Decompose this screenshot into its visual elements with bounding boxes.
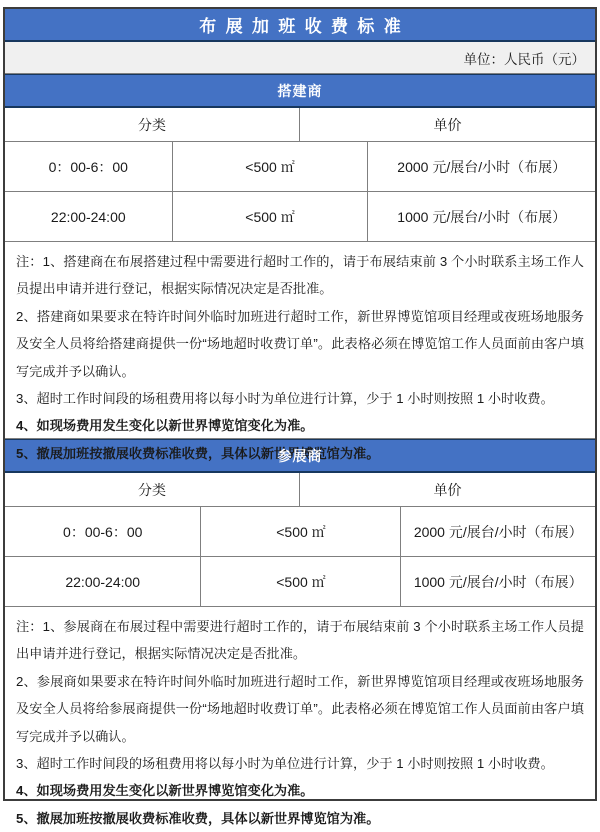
cell-time-slot: 0：00-6：00 [5, 142, 173, 191]
contractor-notes-block: 注：1、搭建商在布展搭建过程中需要进行超时工作的，请于布展结束前 3 个小时联系… [5, 242, 595, 439]
section-header-contractor-label: 搭建商 [278, 81, 323, 101]
section-header-contractor: 搭建商 [5, 74, 595, 108]
note-line-3: 3、超时工作时间段的场租费用将以每小时为单位进行计算，少于 1 小时则按照 1 … [16, 750, 584, 777]
exhibitor-table-header-row: 分类 单价 [5, 473, 595, 507]
cell-price: 1000 元/展台/小时（布展） [401, 557, 595, 606]
currency-unit-row: 单位：人民币（元） [5, 42, 595, 74]
cell-area: <500 ㎡ [201, 557, 401, 606]
document-page: 布展加班收费标准 单位：人民币（元） 搭建商 分类 单价 0：00-6：00 <… [3, 7, 597, 801]
cell-time-slot: 0：00-6：00 [5, 507, 201, 556]
column-header-category: 分类 [5, 108, 300, 141]
note-line-5: 5、撤展加班按撤展收费标准收费，具体以新世界博览馆为准。 [16, 805, 584, 811]
note-line-2: 2、搭建商如果要求在特许时间外临时加班进行超时工作，新世界博览馆项目经理或夜班场… [16, 303, 584, 385]
cell-price: 2000 元/展台/小时（布展） [368, 142, 595, 191]
column-header-unit-price: 单价 [300, 108, 595, 141]
cell-time-slot: 22:00-24:00 [5, 192, 173, 241]
cell-area: <500 ㎡ [173, 142, 369, 191]
exhibitor-notes-block: 注：1、参展商在布展过程中需要进行超时工作的，请于布展结束前 3 个小时联系主场… [5, 607, 595, 803]
note-line-3: 3、超时工作时间段的场租费用将以每小时为单位进行计算，少于 1 小时则按照 1 … [16, 385, 584, 412]
document-title: 布展加班收费标准 [190, 12, 410, 37]
column-header-category: 分类 [5, 473, 300, 506]
cell-time-slot: 22:00-24:00 [5, 557, 201, 606]
note-line-1: 注：1、搭建商在布展搭建过程中需要进行超时工作的，请于布展结束前 3 个小时联系… [16, 248, 584, 303]
cell-price: 2000 元/展台/小时（布展） [401, 507, 595, 556]
note-line-4: 4、如现场费用发生变化以新世界博览馆变化为准。 [16, 777, 584, 804]
contractor-table-row-2: 22:00-24:00 <500 ㎡ 1000 元/展台/小时（布展） [5, 192, 595, 242]
cell-price: 1000 元/展台/小时（布展） [368, 192, 595, 241]
exhibitor-table-row-2: 22:00-24:00 <500 ㎡ 1000 元/展台/小时（布展） [5, 557, 595, 607]
cell-area: <500 ㎡ [201, 507, 401, 556]
exhibitor-table-row-1: 0：00-6：00 <500 ㎡ 2000 元/展台/小时（布展） [5, 507, 595, 557]
section-header-exhibitor-label: 参展商 [278, 446, 323, 466]
cell-area: <500 ㎡ [173, 192, 369, 241]
currency-unit-label: 单位：人民币（元） [464, 48, 586, 68]
contractor-table-row-1: 0：00-6：00 <500 ㎡ 2000 元/展台/小时（布展） [5, 142, 595, 192]
note-line-1: 注：1、参展商在布展过程中需要进行超时工作的，请于布展结束前 3 个小时联系主场… [16, 613, 584, 668]
note-line-2: 2、参展商如果要求在特许时间外临时加班进行超时工作，新世界博览馆项目经理或夜班场… [16, 668, 584, 750]
document-title-bar: 布展加班收费标准 [5, 9, 595, 42]
column-header-unit-price: 单价 [300, 473, 595, 506]
contractor-table-header-row: 分类 单价 [5, 108, 595, 142]
note-line-4: 4、如现场费用发生变化以新世界博览馆变化为准。 [16, 412, 584, 439]
